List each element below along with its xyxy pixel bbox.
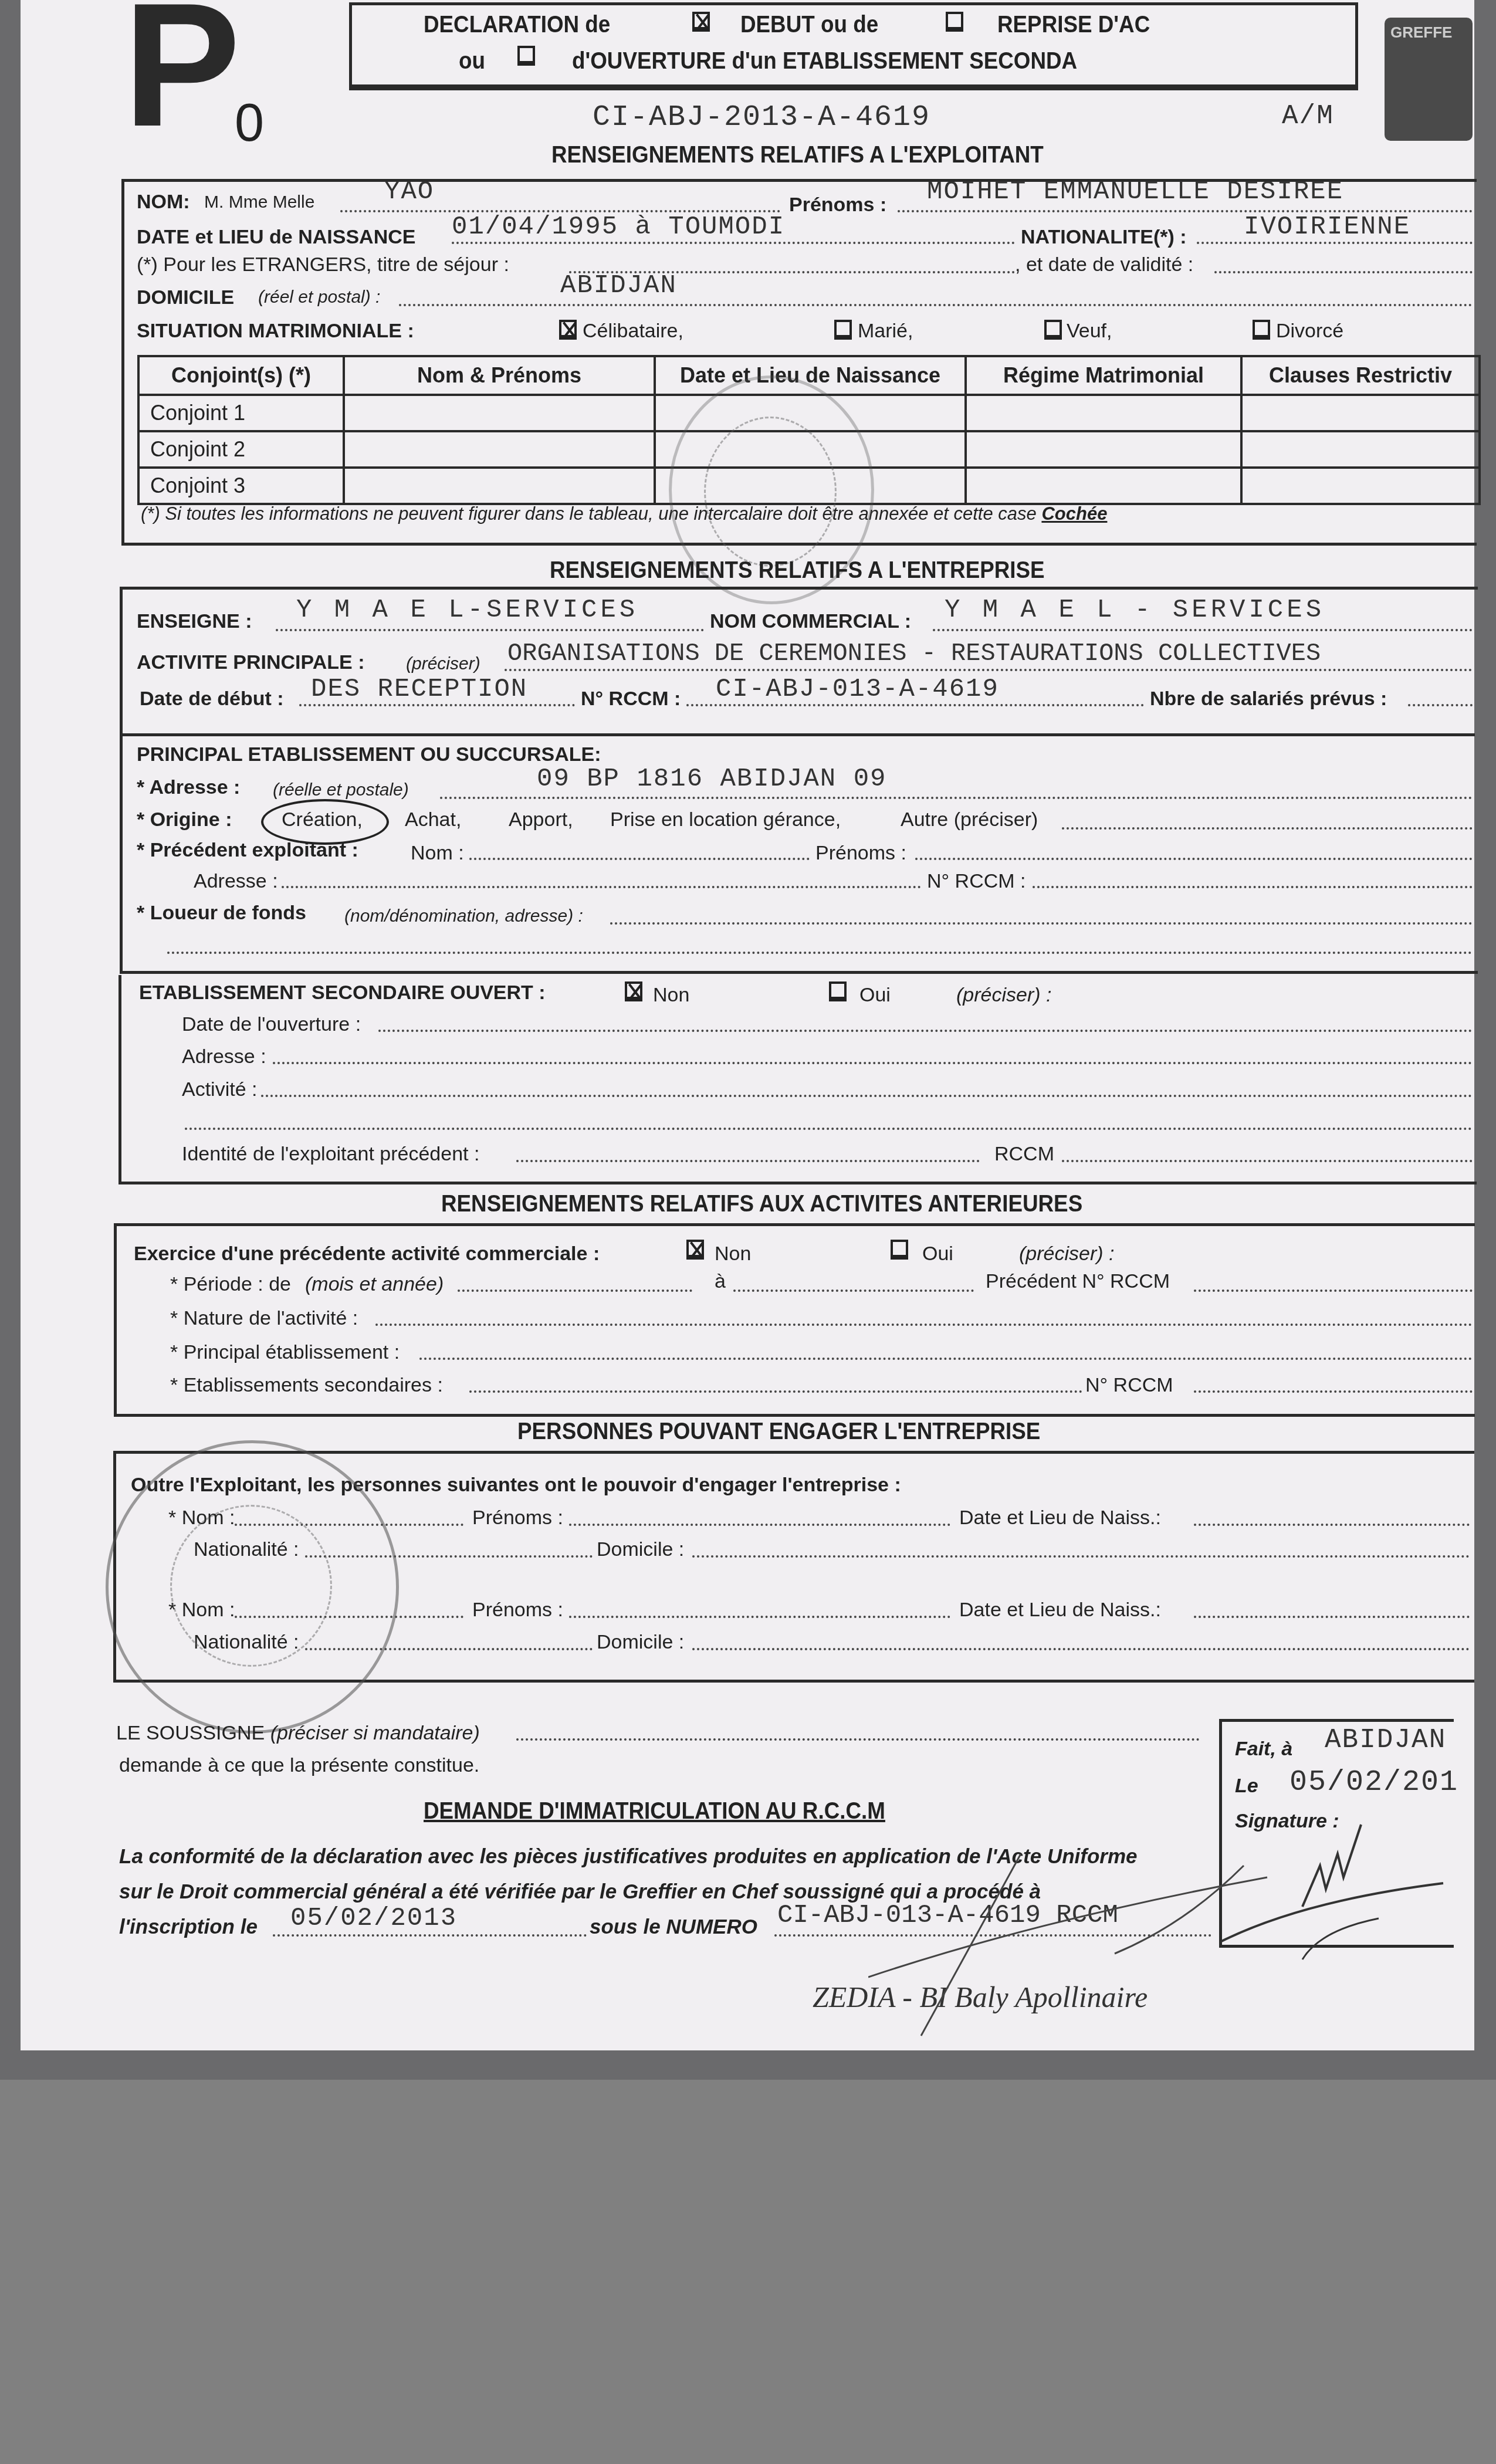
situation-label: SITUATION MATRIMONIALE : <box>137 320 414 343</box>
numero-label: sous le NUMERO <box>590 1915 757 1939</box>
rccm-label: N° RCCM : <box>581 688 681 710</box>
precedent-nom-line <box>469 858 810 860</box>
secondaire-extra-line <box>185 1128 1473 1130</box>
soussigne-hint: (préciser si mandataire) <box>270 1722 480 1744</box>
conjoint-1-regime[interactable] <box>966 395 1241 431</box>
secondaires-label: * Etablissements secondaires : <box>170 1374 443 1397</box>
fait-value[interactable]: ABIDJAN <box>1325 1725 1446 1755</box>
origine-autre-line <box>1062 827 1473 830</box>
nationalite-label: NATIONALITE(*) : <box>1021 226 1187 249</box>
adresse-label: * Adresse : <box>137 776 240 799</box>
nom-commercial-label: NOM COMMERCIAL : <box>710 610 911 633</box>
periode-label: * Période : de <box>170 1273 291 1296</box>
registry-stamp-middle-inner <box>704 417 837 567</box>
secondaire-activite-label: Activité : <box>182 1078 257 1101</box>
conjoint-3-regime[interactable] <box>966 468 1241 504</box>
periode-hint: (mois et année) <box>305 1273 444 1296</box>
inscription-date[interactable]: 05/02/2013 <box>290 1904 457 1933</box>
naissance-line <box>452 242 1015 244</box>
small-digit: 0 <box>235 97 264 150</box>
debut-label: DEBUT ou de <box>740 12 878 38</box>
validite-label: , et date de validité : <box>1015 253 1193 276</box>
ouverture-label: d'OUVERTURE d'un ETABLISSEMENT SECONDA <box>572 48 1077 75</box>
precedent-label: * Précédent exploitant : <box>137 839 358 862</box>
entreprise-divider <box>120 733 1475 736</box>
loueur-line-2 <box>167 952 1473 954</box>
conjoint-1-label: Conjoint 1 <box>138 395 344 431</box>
personne-1-naiss-line <box>1194 1524 1470 1526</box>
enseigne-value[interactable]: Y M A E L-SERVICES <box>296 595 638 625</box>
soussigne-line <box>516 1738 1200 1741</box>
activite-label: ACTIVITE PRINCIPALE : <box>137 651 365 674</box>
secondaire-activite-line <box>261 1095 1473 1097</box>
domicile-label: DOMICILE <box>137 286 234 309</box>
secondaire-non-label: Non <box>653 984 689 1007</box>
date-debut-line <box>299 704 575 706</box>
section-title-entreprise: RENSEIGNEMENTS RELATIFS A L'ENTREPRISE <box>550 557 1045 584</box>
secondaire-adresse-label: Adresse : <box>182 1045 266 1068</box>
anterieures-oui-checkbox[interactable] <box>891 1240 908 1260</box>
personne-1-domicile-line <box>692 1555 1470 1558</box>
periode-a-line <box>733 1289 974 1292</box>
loueur-label: * Loueur de fonds <box>137 902 306 925</box>
le-value[interactable]: 05/02/201 <box>1289 1766 1458 1799</box>
origine-label: * Origine : <box>137 808 232 831</box>
origine-option-achat[interactable]: Achat, <box>405 808 461 831</box>
anterieures-non-checkbox[interactable] <box>686 1240 704 1260</box>
secondaire-title: ETABLISSEMENT SECONDAIRE OUVERT : <box>139 981 546 1004</box>
adresse-value[interactable]: 09 BP 1816 ABIDJAN 09 <box>537 764 887 794</box>
activite-hint: (préciser) <box>406 654 480 674</box>
validite-line <box>1214 271 1473 273</box>
demande-text: demande à ce que la présente constitue. <box>119 1754 479 1777</box>
enseigne-label: ENSEIGNE : <box>137 610 252 633</box>
col-regime: Régime Matrimonial <box>966 356 1241 395</box>
precedent-rccm-line <box>1194 1289 1473 1292</box>
reference-number: CI-ABJ-2013-A-4619 <box>593 101 930 134</box>
veuf-label: Veuf, <box>1067 320 1112 343</box>
inscription-label: l'inscription le <box>119 1915 258 1939</box>
personne-2-naiss-label: Date et Lieu de Naiss.: <box>959 1599 1161 1622</box>
principal-etab-line <box>419 1358 1473 1360</box>
conjoint-2-clauses[interactable] <box>1241 431 1480 468</box>
prenoms-value[interactable]: MOIHET EMMANUELLE DESIREE <box>927 177 1343 207</box>
nom-label: NOM: <box>137 191 190 214</box>
secondaire-rccm-label: RCCM <box>994 1143 1054 1166</box>
adresse-line <box>440 797 1473 799</box>
rccm-value[interactable]: CI-ABJ-013-A-4619 <box>716 675 999 704</box>
principal-title: PRINCIPAL ETABLISSEMENT OU SUCCURSALE: <box>137 743 601 766</box>
section-title-anterieures: RENSEIGNEMENTS RELATIFS AUX ACTIVITES AN… <box>441 1191 1082 1217</box>
identite-line <box>516 1160 980 1162</box>
anterieures-rccm-line <box>1194 1390 1473 1393</box>
conjoint-1-clauses[interactable] <box>1241 395 1480 431</box>
reference-suffix: A/M <box>1282 101 1334 131</box>
nom-commercial-value[interactable]: Y M A E L - SERVICES <box>945 595 1325 625</box>
conjoint-2-nom[interactable] <box>344 431 655 468</box>
reprise-label: REPRISE D'AC <box>997 12 1150 38</box>
precedent-nom-label: Nom : <box>411 842 464 865</box>
conjoint-2-regime[interactable] <box>966 431 1241 468</box>
secondaire-oui-label: Oui <box>859 984 891 1007</box>
rccm-line <box>686 704 1144 706</box>
activite-line <box>505 669 1473 671</box>
personne-2-prenoms-line <box>569 1616 950 1618</box>
soussigne-label: LE SOUSSIGNE (préciser si mandataire) <box>116 1722 480 1745</box>
secondaire-adresse-line <box>273 1062 1473 1064</box>
precedent-prenoms-line <box>915 858 1473 860</box>
marie-label: Marié, <box>858 320 913 343</box>
big-letter: P <box>123 0 241 153</box>
prenoms-label: Prénoms : <box>789 194 886 216</box>
loueur-hint: (nom/dénomination, adresse) : <box>344 906 583 926</box>
date-debut-value[interactable]: DES RECEPTION <box>311 675 527 704</box>
activite-value[interactable]: ORGANISATIONS DE CEREMONIES - RESTAURATI… <box>507 639 1321 668</box>
personne-1-prenoms-label: Prénoms : <box>472 1507 563 1529</box>
etrangers-label: (*) Pour les ETRANGERS, titre de séjour … <box>137 253 509 276</box>
table-note-cochee: Cochée <box>1041 503 1107 524</box>
fait-label: Fait, à <box>1235 1738 1292 1761</box>
anterieures-oui-label: Oui <box>922 1243 953 1265</box>
personne-2-domicile-line <box>692 1648 1470 1650</box>
secondaires-line <box>469 1390 1082 1393</box>
salaries-label: Nbre de salariés prévus : <box>1150 688 1387 710</box>
divorce-label: Divorcé <box>1276 320 1343 343</box>
domicile-hint: (réel et postal) : <box>258 287 380 307</box>
nature-line <box>375 1324 1473 1326</box>
reprise-checkbox[interactable] <box>946 12 963 32</box>
periode-de-line <box>458 1289 692 1292</box>
personne-1-naiss-label: Date et Lieu de Naiss.: <box>959 1507 1161 1529</box>
domicile-line <box>399 304 1473 306</box>
conjoint-2-label: Conjoint 2 <box>138 431 344 468</box>
secondaire-oui-checkbox[interactable] <box>829 981 847 1001</box>
exercice-label: Exercice d'une précédente activité comme… <box>134 1243 600 1265</box>
debut-checkbox[interactable] <box>692 12 710 32</box>
precedent-adresse-line <box>282 886 921 888</box>
secondaire-rccm-line <box>1062 1160 1473 1162</box>
naissance-value[interactable]: 01/04/1995 à TOUMODI <box>452 212 785 242</box>
veuf-checkbox[interactable] <box>1044 320 1062 340</box>
col-nom-prenoms: Nom & Prénoms <box>344 356 655 395</box>
principal-etab-label: * Principal établissement : <box>170 1341 400 1364</box>
precedent-adresse-label: Adresse : <box>194 870 278 893</box>
periode-a-label: à <box>715 1270 726 1293</box>
marie-checkbox[interactable] <box>834 320 852 340</box>
personne-2-prenoms-label: Prénoms : <box>472 1599 563 1622</box>
col-clauses: Clauses Restrictiv <box>1241 356 1480 395</box>
conjoint-3-label: Conjoint 3 <box>138 468 344 504</box>
personne-1-domicile-label: Domicile : <box>597 1538 684 1561</box>
immatriculation-title: DEMANDE D'IMMATRICULATION AU R.C.C.M <box>424 1798 885 1825</box>
conjoint-3-nom[interactable] <box>344 468 655 504</box>
nom-commercial-line <box>933 629 1473 631</box>
origine-option-creation[interactable]: Création, <box>282 808 363 831</box>
celibataire-checkbox[interactable] <box>559 320 577 340</box>
enseigne-line <box>276 629 704 631</box>
personne-2-naiss-line <box>1194 1616 1470 1618</box>
tribunal-stamp-inner <box>170 1505 332 1667</box>
precedent-rccm-line <box>1033 886 1473 888</box>
date-ouverture-line <box>378 1030 1473 1032</box>
domicile-value[interactable]: ABIDJAN <box>560 271 677 300</box>
le-label: Le <box>1235 1775 1258 1798</box>
nationalite-line <box>1197 242 1473 244</box>
loueur-line-1 <box>610 922 1473 925</box>
adresse-hint: (réelle et postale) <box>273 780 409 800</box>
precedent-rccm-label: N° RCCM : <box>927 870 1025 893</box>
table-note: (*) Si toutes les informations ne peuven… <box>141 503 1107 524</box>
salaries-line <box>1408 704 1473 706</box>
secondaire-preciser: (préciser) : <box>956 984 1051 1007</box>
identite-label: Identité de l'exploitant précédent : <box>182 1143 479 1166</box>
table-note-text: (*) Si toutes les informations ne peuven… <box>141 503 1037 524</box>
ouverture-checkbox[interactable] <box>517 46 535 66</box>
section-title-personnes: PERSONNES POUVANT ENGAGER L'ENTREPRISE <box>517 1419 1040 1445</box>
section-title-exploitant: RENSEIGNEMENTS RELATIFS A L'EXPLOITANT <box>551 142 1044 168</box>
conjoint-3-clauses[interactable] <box>1241 468 1480 504</box>
precedent-rccm-label: Précédent N° RCCM <box>986 1270 1170 1293</box>
anterieures-non-label: Non <box>715 1243 751 1265</box>
corner-stamp-text: GREFFE <box>1390 23 1452 41</box>
nom-civilite: M. Mme Melle <box>204 192 314 212</box>
col-conjoint: Conjoint(s) (*) <box>138 356 344 395</box>
precedent-prenoms-label: Prénoms : <box>815 842 906 865</box>
date-debut-label: Date de début : <box>140 688 284 710</box>
nature-label: * Nature de l'activité : <box>170 1307 358 1330</box>
personne-2-domicile-label: Domicile : <box>597 1631 684 1654</box>
nationalite-value[interactable]: IVOIRIENNE <box>1244 212 1410 242</box>
greffier-signature-icon <box>868 1842 1279 2042</box>
celibataire-label: Célibataire, <box>583 320 683 343</box>
origine-option-apport[interactable]: Apport, <box>509 808 573 831</box>
declaration-ou: ou <box>459 48 485 75</box>
origine-option-autre[interactable]: Autre (préciser) <box>901 808 1038 831</box>
date-ouverture-label: Date de l'ouverture : <box>182 1013 361 1036</box>
personne-1-prenoms-line <box>569 1524 950 1526</box>
anterieures-preciser: (préciser) : <box>1019 1243 1114 1265</box>
anterieures-rccm-label: N° RCCM <box>1085 1374 1173 1397</box>
conjoint-1-nom[interactable] <box>344 395 655 431</box>
declaration-prefix: DECLARATION de <box>424 12 610 38</box>
inscription-line <box>273 1934 587 1937</box>
naissance-label: DATE et LIEU de NAISSANCE <box>137 226 415 249</box>
origine-option-location[interactable]: Prise en location gérance, <box>610 808 841 831</box>
divorce-checkbox[interactable] <box>1253 320 1270 340</box>
soussigne-text: LE SOUSSIGNE <box>116 1722 265 1744</box>
nom-value[interactable]: YAO <box>384 177 434 207</box>
corner-stamp: GREFFE <box>1385 18 1473 141</box>
secondaire-non-checkbox[interactable] <box>625 981 642 1001</box>
